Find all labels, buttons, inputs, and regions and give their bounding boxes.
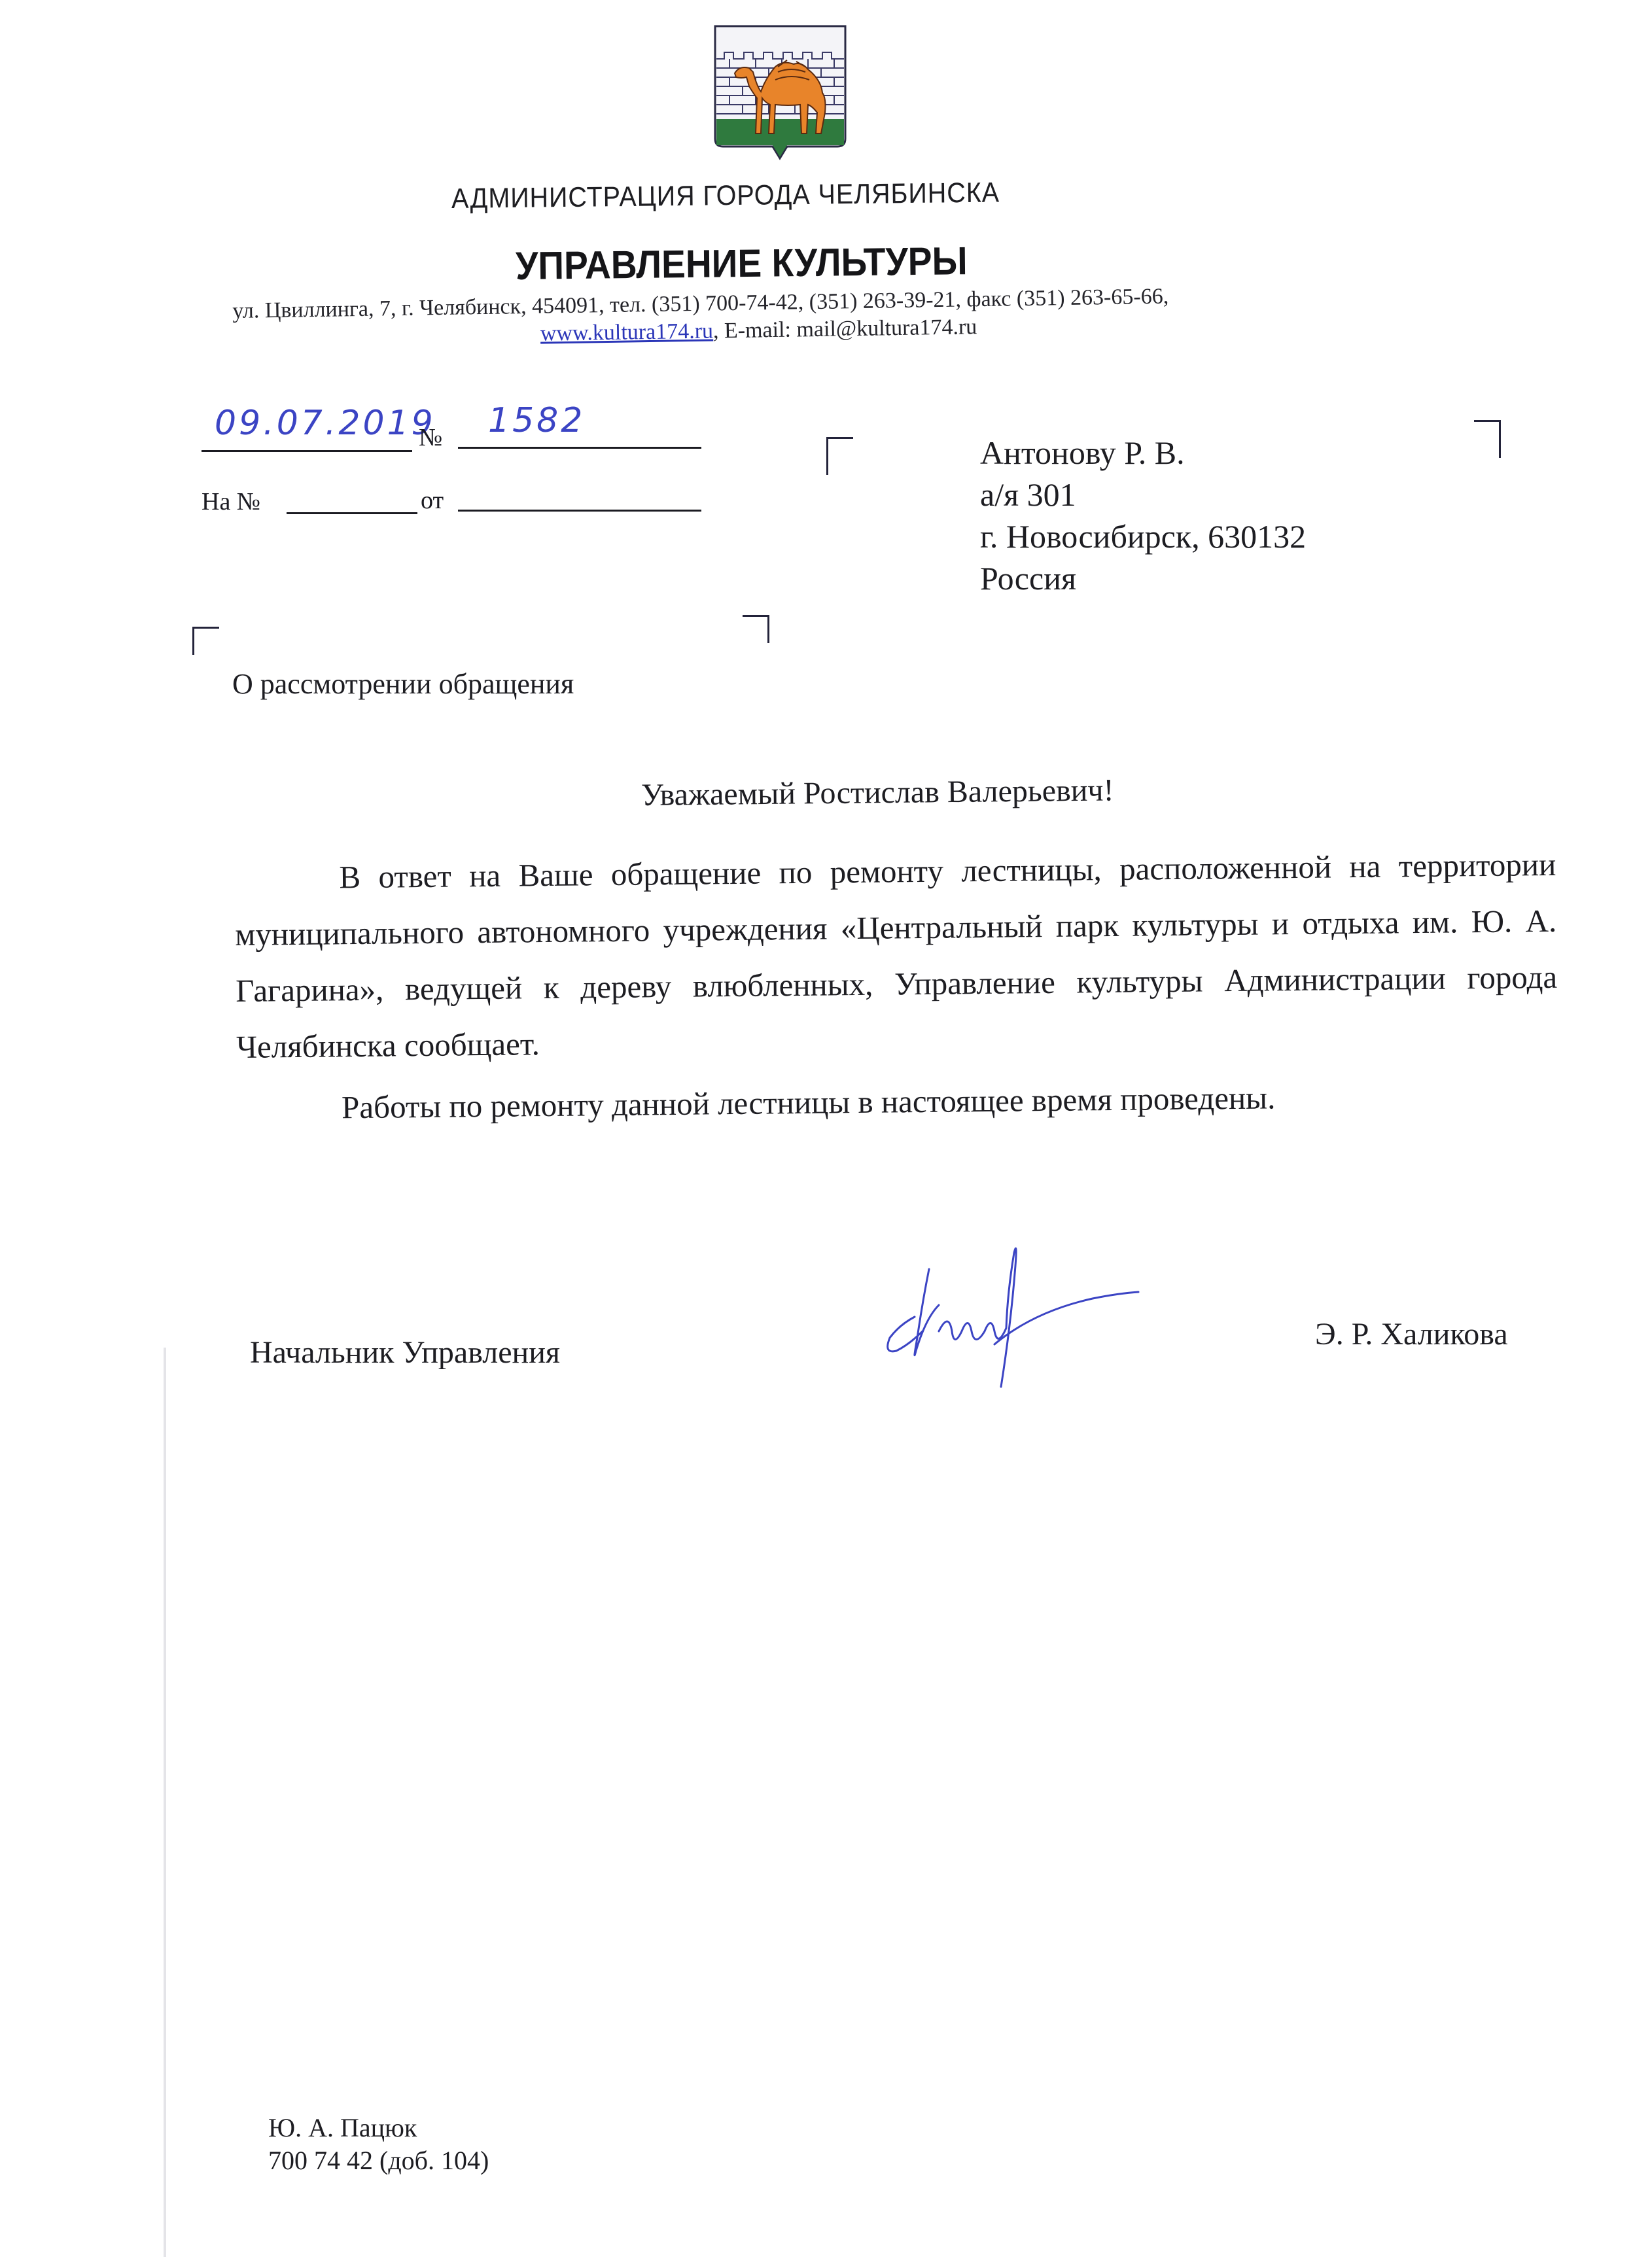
website-link[interactable]: www.kultura174.ru <box>540 319 714 345</box>
letter-subject: О рассмотрении обращения <box>232 667 574 701</box>
email-text: , E-mail: mail@kultura174.ru <box>713 315 977 343</box>
body-paragraph: Работы по ремонту данной лестницы в наст… <box>237 1067 1559 1137</box>
handwritten-signature-icon <box>877 1240 1165 1390</box>
subject-corner-top-right <box>743 615 769 643</box>
number-label: № <box>419 423 442 452</box>
administration-title: АДМИНИСТРАЦИЯ ГОРОДА ЧЕЛЯБИНСКА <box>451 177 1053 215</box>
address-corner-top-left <box>826 437 853 475</box>
registration-block: 09.07.2019 № 1582 На № от <box>202 409 712 527</box>
signatory-name: Э. Р. Халикова <box>1315 1316 1508 1352</box>
addressee-name: Антонову Р. В. <box>980 432 1306 474</box>
body-paragraph: В ответ на Ваше обращение по ремонту лес… <box>234 837 1558 1075</box>
contact-block: ул. Цвиллинга, 7, г. Челябинск, 454091, … <box>232 279 1430 353</box>
from-label: от <box>421 486 444 515</box>
executor-name: Ю. А. Пацюк <box>268 2112 489 2144</box>
date-underline <box>202 450 412 452</box>
number-underline <box>458 447 701 449</box>
signatory-role: Начальник Управления <box>250 1335 560 1370</box>
from-date-underline <box>458 510 701 512</box>
letter-body: В ответ на Ваше обращение по ремонту лес… <box>234 837 1558 1137</box>
addressee-po-box: а/я 301 <box>980 474 1306 515</box>
executor-phone: 700 74 42 (доб. 104) <box>268 2144 489 2177</box>
handwritten-number: 1582 <box>488 401 585 440</box>
outgoing-number-row: 09.07.2019 № 1582 <box>202 409 712 468</box>
coat-of-arms-icon <box>710 21 851 162</box>
handwritten-date: 09.07.2019 <box>215 404 436 443</box>
address-corner-top-right <box>1474 420 1501 458</box>
subject-corner-top-left <box>192 627 219 655</box>
addressee-block: Антонову Р. В. а/я 301 г. Новосибирск, 6… <box>980 432 1306 599</box>
reply-to-number-underline <box>287 512 417 514</box>
executor-block: Ю. А. Пацюк 700 74 42 (доб. 104) <box>268 2112 489 2177</box>
department-title: УПРАВЛЕНИЕ КУЛЬТУРЫ <box>516 238 968 288</box>
reply-to-label: На № <box>202 487 260 516</box>
scan-edge-line <box>164 1348 166 2257</box>
reply-to-row: На № от <box>202 468 712 527</box>
addressee-country: Россия <box>980 557 1306 599</box>
addressee-city: г. Новосибирск, 630132 <box>980 515 1306 557</box>
salutation: Уважаемый Ростислав Валерьевич! <box>641 772 1114 813</box>
